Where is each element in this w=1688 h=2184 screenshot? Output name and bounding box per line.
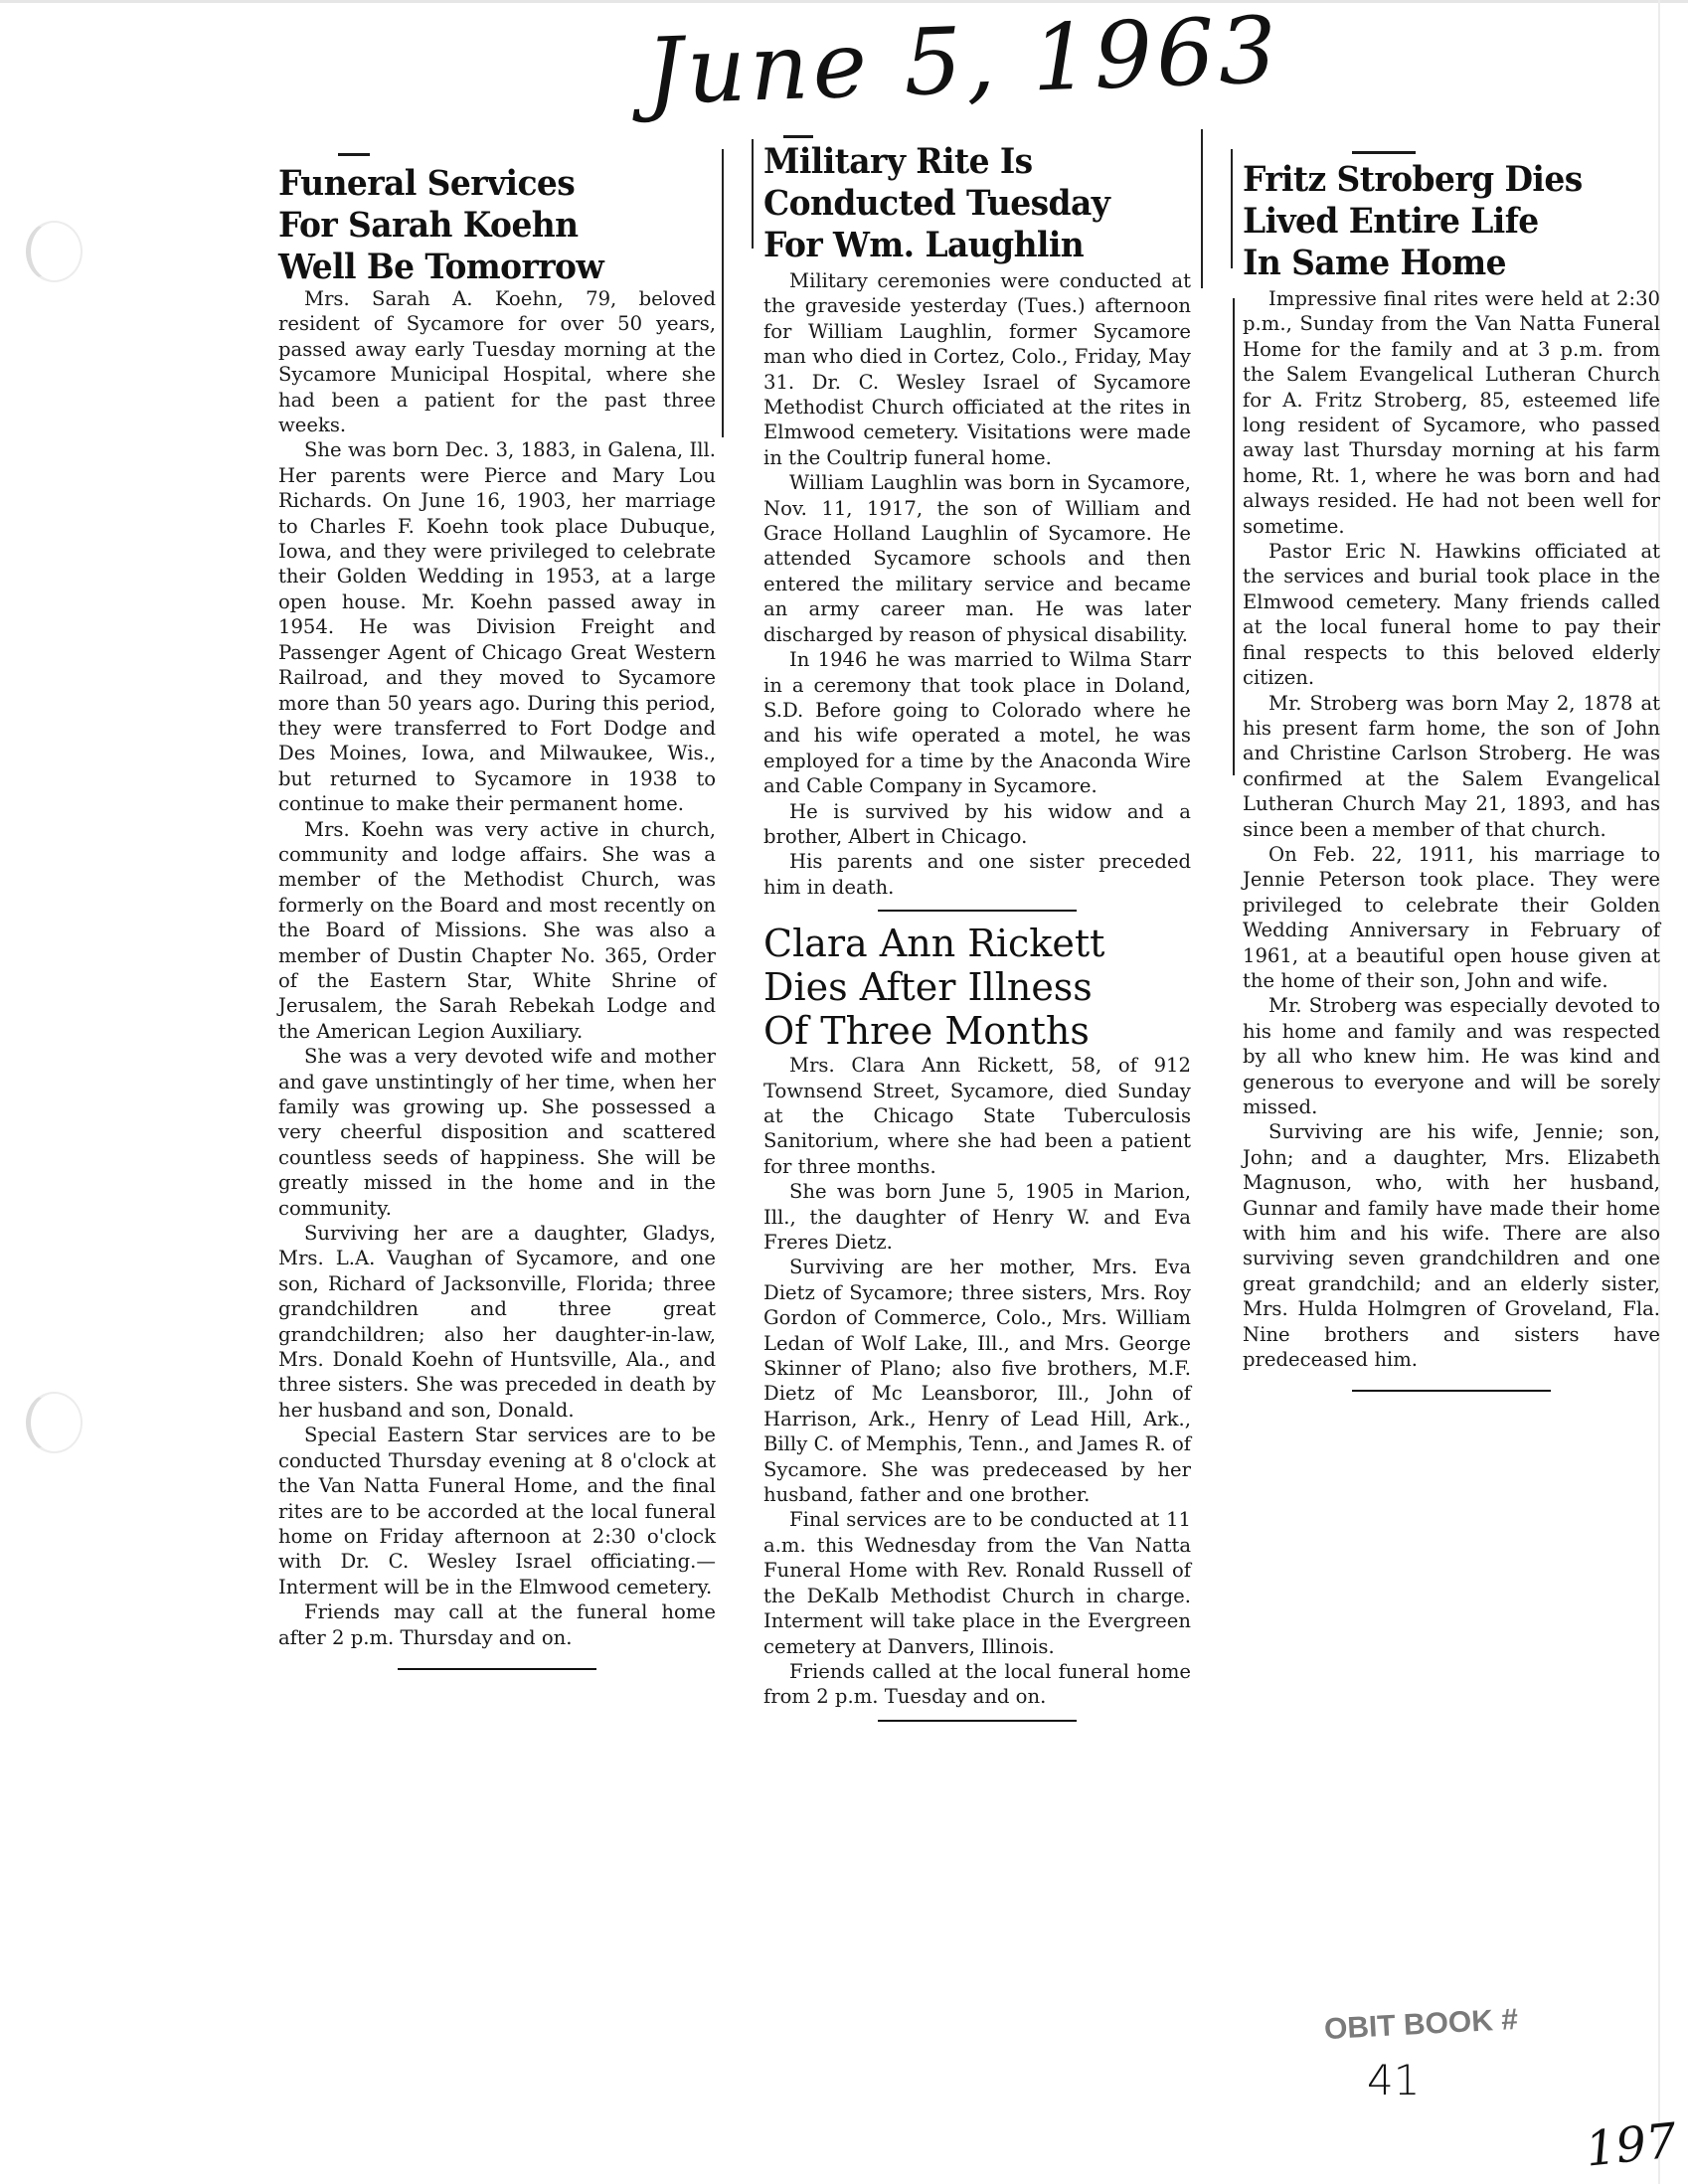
article-body: Impressive final rites were held at 2:30…: [1243, 286, 1660, 1372]
headline-rule: [1352, 151, 1416, 154]
headline-rule: [783, 135, 813, 138]
paragraph: She was born Dec. 3, 1883, in Galena, Il…: [278, 437, 716, 816]
paragraph: On Feb. 22, 1911, his marriage to Jennie…: [1243, 842, 1660, 993]
paragraph: William Laughlin was born in Sycamore, N…: [763, 470, 1191, 647]
paragraph: Surviving are her mother, Mrs. Eva Dietz…: [763, 1255, 1191, 1507]
paragraph: Military ceremonies were conducted at th…: [763, 268, 1191, 470]
paragraph: Mrs. Sarah A. Koehn, 79, beloved residen…: [278, 286, 716, 437]
headline-stroberg: Fritz Stroberg Dies Lived Entire Life In…: [1243, 159, 1635, 284]
end-rule: [1352, 1390, 1551, 1392]
headline-line: For Wm. Laughlin: [763, 225, 1165, 266]
page-number: 197: [1583, 2112, 1679, 2177]
headline-line: For Sarah Koehn: [278, 205, 690, 247]
end-rule: [878, 910, 1077, 912]
column-rule: [1233, 298, 1235, 775]
paragraph: She was born June 5, 1905 in Marion, Ill…: [763, 1179, 1191, 1255]
obit-book-number: 41: [1367, 2056, 1420, 2104]
headline-line: Lived Entire Life: [1243, 201, 1635, 243]
article-column-middle: Military Rite Is Conducted Tuesday For W…: [763, 117, 1191, 1722]
end-rule: [878, 1720, 1077, 1722]
headline-line: Well Be Tomorrow: [278, 247, 690, 288]
article-body: Mrs. Clara Ann Rickett, 58, of 912 Towns…: [763, 1053, 1191, 1710]
paragraph: He is survived by his widow and a brothe…: [763, 799, 1191, 850]
punch-hole: [26, 1392, 83, 1453]
scan-top-edge: [0, 0, 1688, 3]
article-koehn: Funeral Services For Sarah Koehn Well Be…: [278, 117, 716, 1670]
headline-koehn: Funeral Services For Sarah Koehn Well Be…: [278, 163, 690, 288]
headline-line: Dies After Illness: [763, 965, 1191, 1009]
headline-line: Funeral Services: [278, 163, 690, 205]
paragraph: Final services are to be conducted at 11…: [763, 1507, 1191, 1658]
paragraph: Impressive final rites were held at 2:30…: [1243, 286, 1660, 539]
end-rule: [398, 1668, 596, 1670]
headline-line: Conducted Tuesday: [763, 183, 1165, 225]
article-body: Military ceremonies were conducted at th…: [763, 268, 1191, 900]
paragraph: Surviving her are a daughter, Gladys, Mr…: [278, 1221, 716, 1423]
paragraph: In 1946 he was married to Wilma Starr in…: [763, 647, 1191, 798]
column-rule: [752, 139, 754, 249]
headline-rickett: Clara Ann Rickett Dies After Illness Of …: [763, 922, 1191, 1053]
column-rule: [722, 149, 724, 437]
article-laughlin: Military Rite Is Conducted Tuesday For W…: [763, 141, 1191, 912]
handwritten-date: June 5, 1963: [645, 9, 1165, 118]
column-rule: [1231, 149, 1233, 268]
paragraph: Surviving are his wife, Jennie; son, Joh…: [1243, 1119, 1660, 1372]
headline-line: In Same Home: [1243, 243, 1635, 284]
headline-line: Of Three Months: [763, 1009, 1191, 1053]
punch-hole: [26, 221, 83, 282]
paragraph: Special Eastern Star services are to be …: [278, 1423, 716, 1599]
paragraph: His parents and one sister preceded him …: [763, 849, 1191, 900]
paragraph: Mrs. Koehn was very active in church, co…: [278, 817, 716, 1045]
column-rule: [1201, 129, 1203, 288]
article-rickett: Clara Ann Rickett Dies After Illness Of …: [763, 922, 1191, 1722]
paragraph: Friends called at the local funeral home…: [763, 1659, 1191, 1710]
headline-line: Military Rite Is: [763, 141, 1165, 183]
headline-laughlin: Military Rite Is Conducted Tuesday For W…: [763, 141, 1165, 266]
paragraph: Mr. Stroberg was especially devoted to h…: [1243, 993, 1660, 1119]
obit-book-stamp: OBIT BOOK #: [1323, 2003, 1519, 2047]
headline-line: Clara Ann Rickett: [763, 922, 1191, 965]
article-stroberg: Fritz Stroberg Dies Lived Entire Life In…: [1243, 117, 1660, 1392]
headline-line: Fritz Stroberg Dies: [1243, 159, 1635, 201]
article-body: Mrs. Sarah A. Koehn, 79, beloved residen…: [278, 286, 716, 1650]
paragraph: She was a very devoted wife and mother a…: [278, 1044, 716, 1221]
paragraph: Pastor Eric N. Hawkins officiated at the…: [1243, 539, 1660, 690]
paragraph: Mrs. Clara Ann Rickett, 58, of 912 Towns…: [763, 1053, 1191, 1179]
headline-rule: [338, 153, 370, 156]
paragraph: Mr. Stroberg was born May 2, 1878 at his…: [1243, 691, 1660, 842]
paragraph: Friends may call at the funeral home aft…: [278, 1599, 716, 1650]
